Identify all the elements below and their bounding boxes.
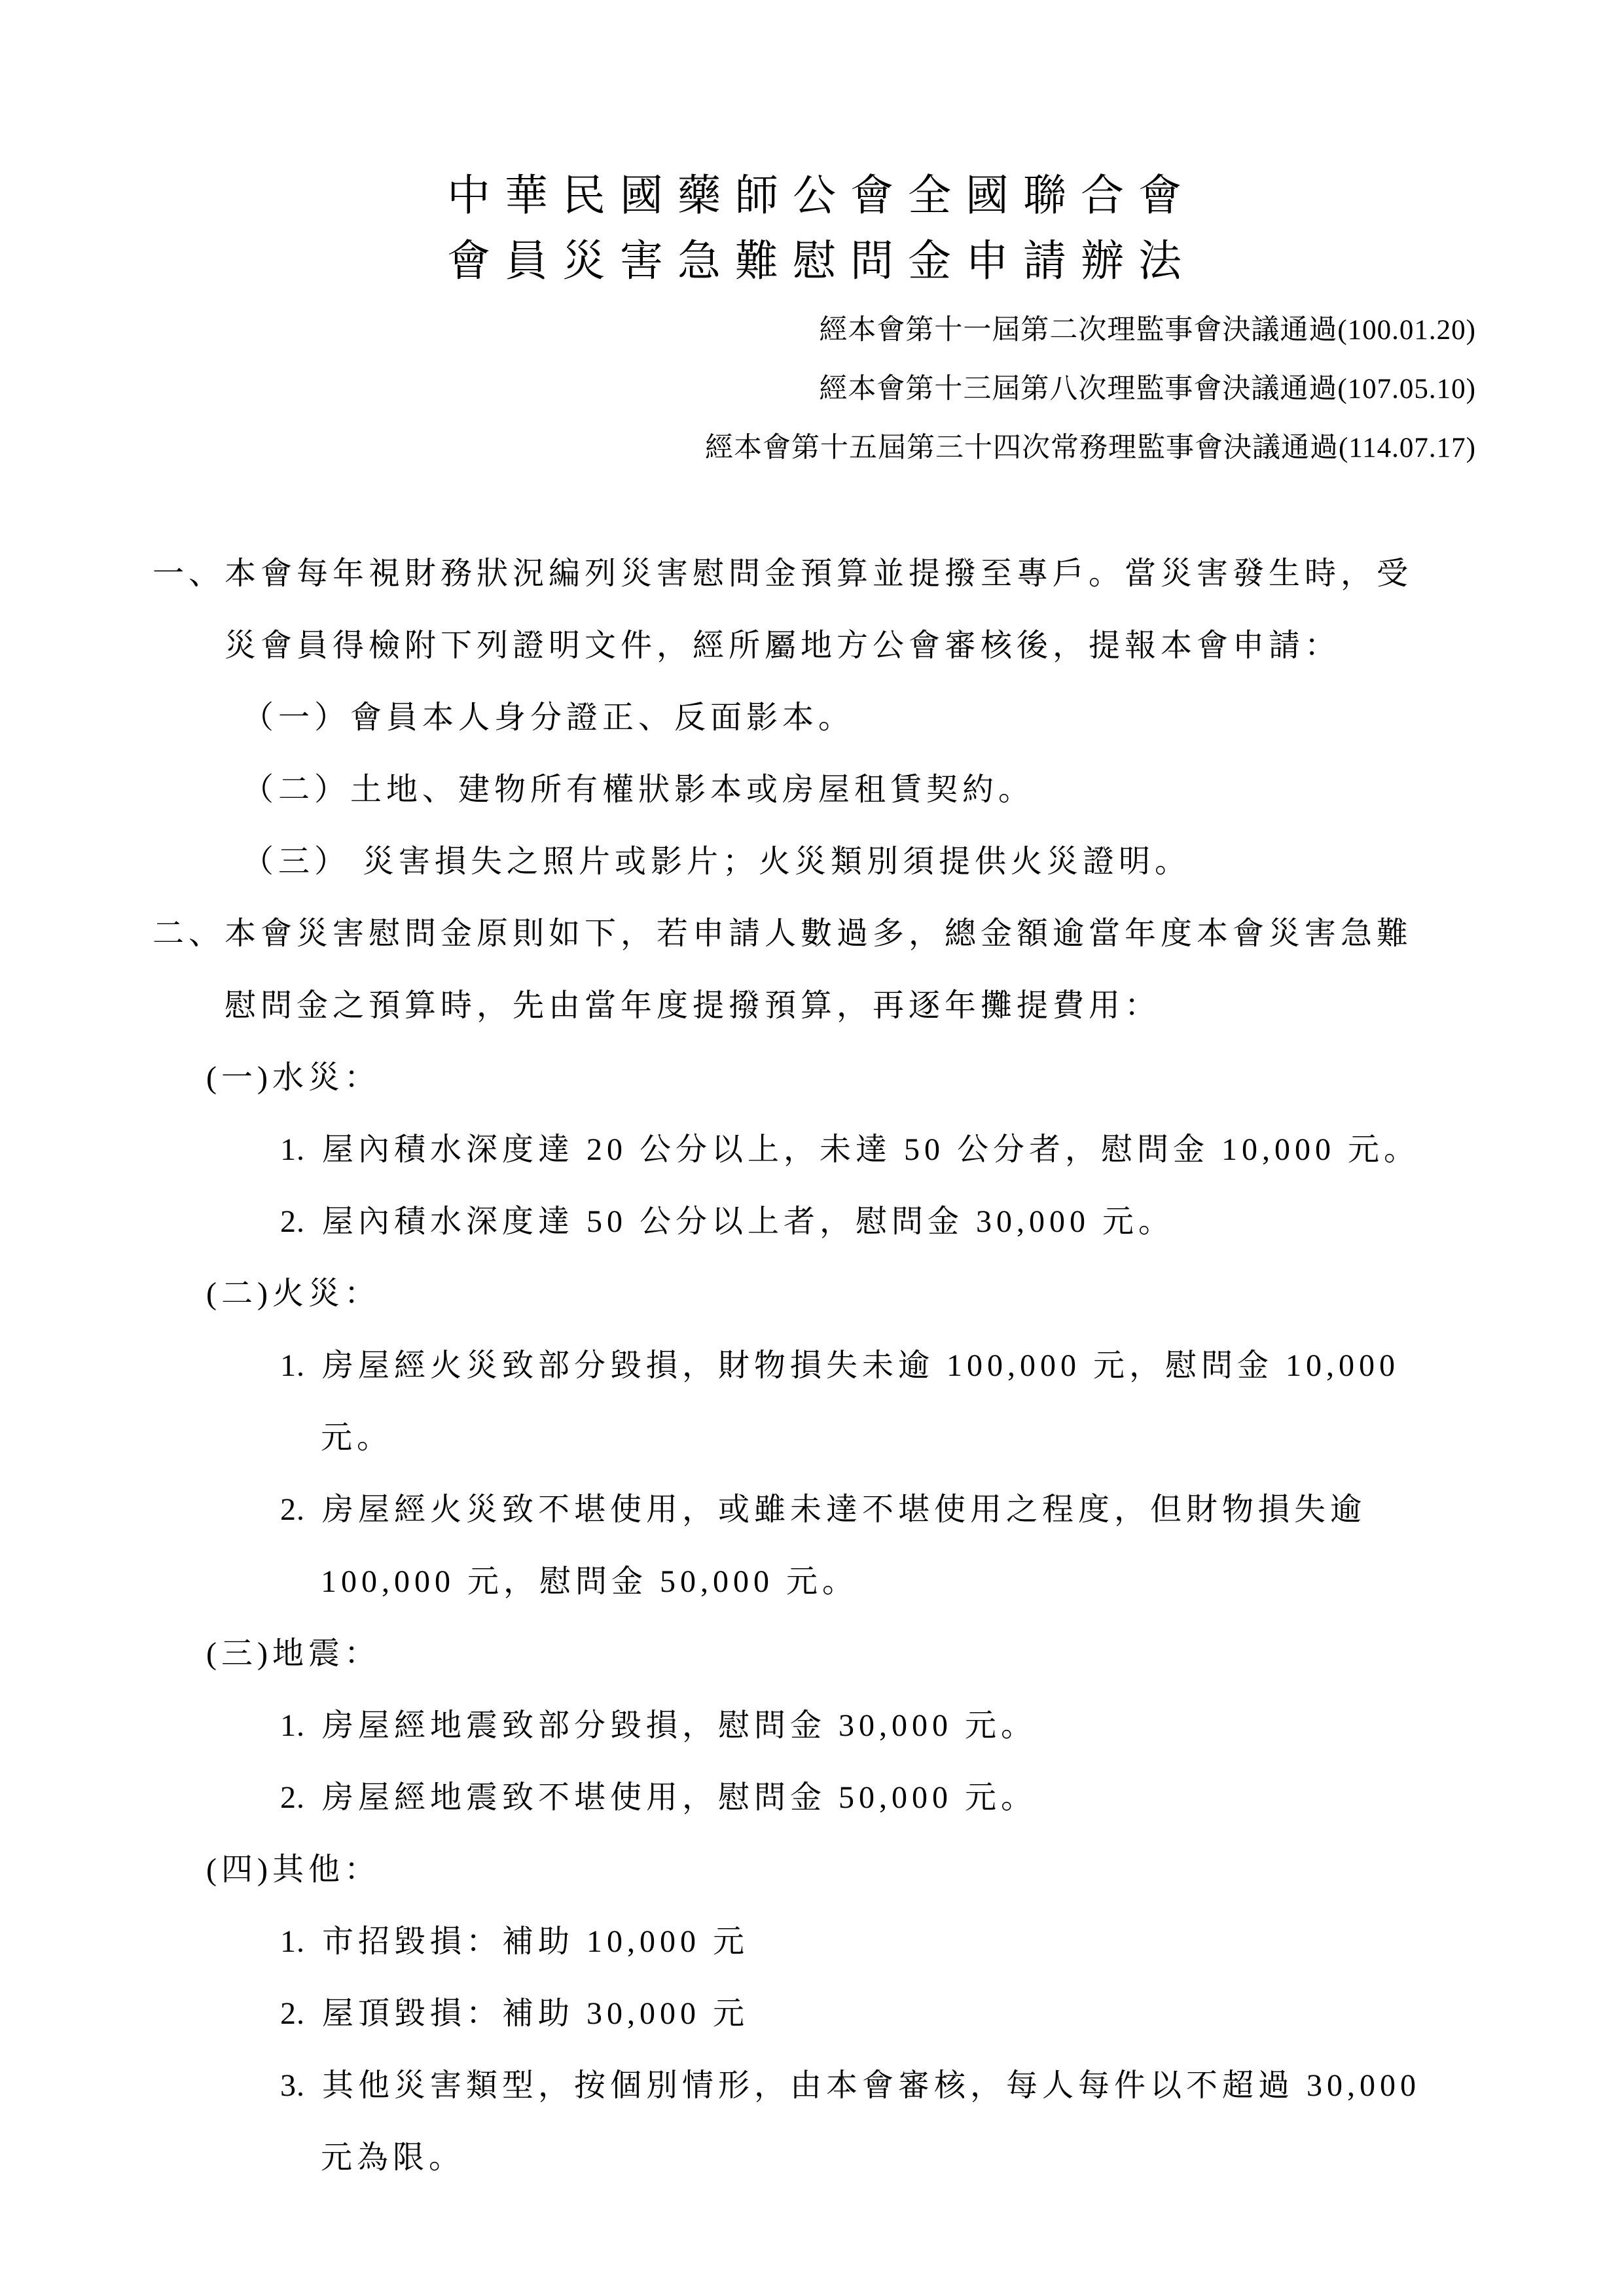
- other-item-2-number: 2.: [280, 1996, 305, 2031]
- fire-item-2-number: 2.: [280, 1492, 305, 1527]
- section-1-item-3: （三） 災害損失之照片或影片；火災類別須提供火災證明。: [242, 826, 1476, 898]
- quake-item-2-number: 2.: [280, 1780, 305, 1815]
- flood-category-head: (一)水災：: [206, 1042, 1476, 1114]
- quake-item-1-text: 房屋經地震致部分毀損，慰問金 30,000 元。: [322, 1708, 1037, 1743]
- title-line-2: 會員災害急難慰問金申請辦法: [153, 229, 1476, 295]
- fire-item-1-number: 1.: [280, 1348, 305, 1383]
- section-1-number: 一、: [153, 556, 225, 591]
- other-item-3: 3.其他災害類型，按個別情形，由本會審核，每人每件以不超過 30,000 元為限…: [280, 2050, 1476, 2194]
- other-item-2-text: 屋頂毀損：補助 30,000 元: [322, 1996, 749, 2031]
- approval-history: 經本會第十一屆第二次理監事會決議通過(100.01.20) 經本會第十三屆第八次…: [153, 301, 1476, 478]
- fire-item-1-text: 房屋經火災致部分毀損，財物損失未逾 100,000 元，慰問金 10,000 元…: [321, 1348, 1399, 1455]
- flood-item-1-text: 屋內積水深度達 20 公分以上，未達 50 公分者，慰問金 10,000 元。: [322, 1132, 1420, 1167]
- flood-item-2-text: 屋內積水深度達 50 公分以上者，慰問金 30,000 元。: [322, 1204, 1174, 1239]
- section-2-text: 本會災害慰問金原則如下，若申請人數過多，總金額逾當年度本會災害急難 慰問金之預算…: [225, 916, 1413, 1023]
- other-category-head: (四)其他：: [206, 1834, 1476, 1906]
- flood-item-2: 2.屋內積水深度達 50 公分以上者，慰問金 30,000 元。: [280, 1186, 1476, 1258]
- section-2-number: 二、: [153, 916, 225, 951]
- quake-item-2: 2.房屋經地震致不堪使用，慰問金 50,000 元。: [280, 1762, 1476, 1834]
- other-item-2: 2.屋頂毀損：補助 30,000 元: [280, 1978, 1476, 2050]
- fire-item-1: 1.房屋經火災致部分毀損，財物損失未逾 100,000 元，慰問金 10,000…: [280, 1330, 1476, 1474]
- flood-item-1-number: 1.: [280, 1132, 305, 1167]
- fire-category-head: (二)火災：: [206, 1258, 1476, 1330]
- document-page: 中華民國藥師公會全國聯合會 會員災害急難慰問金申請辦法 經本會第十一屆第二次理監…: [0, 0, 1624, 2296]
- other-item-1: 1.市招毀損：補助 10,000 元: [280, 1906, 1476, 1978]
- approval-line-2: 經本會第十三屆第八次理監事會決議通過(107.05.10): [153, 360, 1476, 419]
- quake-item-1-number: 1.: [280, 1708, 305, 1743]
- approval-line-3: 經本會第十五屆第三十四次常務理監事會決議通過(114.07.17): [153, 419, 1476, 478]
- section-1-text: 本會每年視財務狀況編列災害慰問金預算並提撥至專戶。當災害發生時，受 災會員得檢附…: [225, 556, 1413, 663]
- section-1-item-2: （二）土地、建物所有權狀影本或房屋租賃契約。: [242, 754, 1476, 826]
- other-item-1-number: 1.: [280, 1924, 305, 1959]
- quake-category-head: (三)地震：: [206, 1618, 1476, 1690]
- fire-item-2-text: 房屋經火災致不堪使用，或雖未達不堪使用之程度，但財物損失逾 100,000 元，…: [321, 1492, 1366, 1599]
- title-line-1: 中華民國藥師公會全國聯合會: [153, 164, 1476, 229]
- other-item-1-text: 市招毀損：補助 10,000 元: [322, 1924, 749, 1959]
- flood-item-2-number: 2.: [280, 1204, 305, 1239]
- fire-item-2: 2.房屋經火災致不堪使用，或雖未達不堪使用之程度，但財物損失逾 100,000 …: [280, 1474, 1476, 1618]
- document-title: 中華民國藥師公會全國聯合會 會員災害急難慰問金申請辦法: [153, 164, 1476, 295]
- document-body: 一、本會每年視財務狀況編列災害慰問金預算並提撥至專戶。當災害發生時，受 災會員得…: [153, 538, 1476, 2194]
- other-item-3-number: 3.: [280, 2068, 305, 2103]
- section-1-paragraph: 一、本會每年視財務狀況編列災害慰問金預算並提撥至專戶。當災害發生時，受 災會員得…: [153, 538, 1476, 682]
- section-2-paragraph: 二、本會災害慰問金原則如下，若申請人數過多，總金額逾當年度本會災害急難 慰問金之…: [153, 898, 1476, 1042]
- quake-item-1: 1.房屋經地震致部分毀損，慰問金 30,000 元。: [280, 1690, 1476, 1762]
- other-item-3-text: 其他災害類型，按個別情形，由本會審核，每人每件以不超過 30,000 元為限。: [321, 2068, 1420, 2175]
- flood-item-1: 1.屋內積水深度達 20 公分以上，未達 50 公分者，慰問金 10,000 元…: [280, 1114, 1476, 1186]
- quake-item-2-text: 房屋經地震致不堪使用，慰問金 50,000 元。: [322, 1780, 1037, 1815]
- section-1-item-1: （一）會員本人身分證正、反面影本。: [242, 682, 1476, 754]
- approval-line-1: 經本會第十一屆第二次理監事會決議通過(100.01.20): [153, 301, 1476, 360]
